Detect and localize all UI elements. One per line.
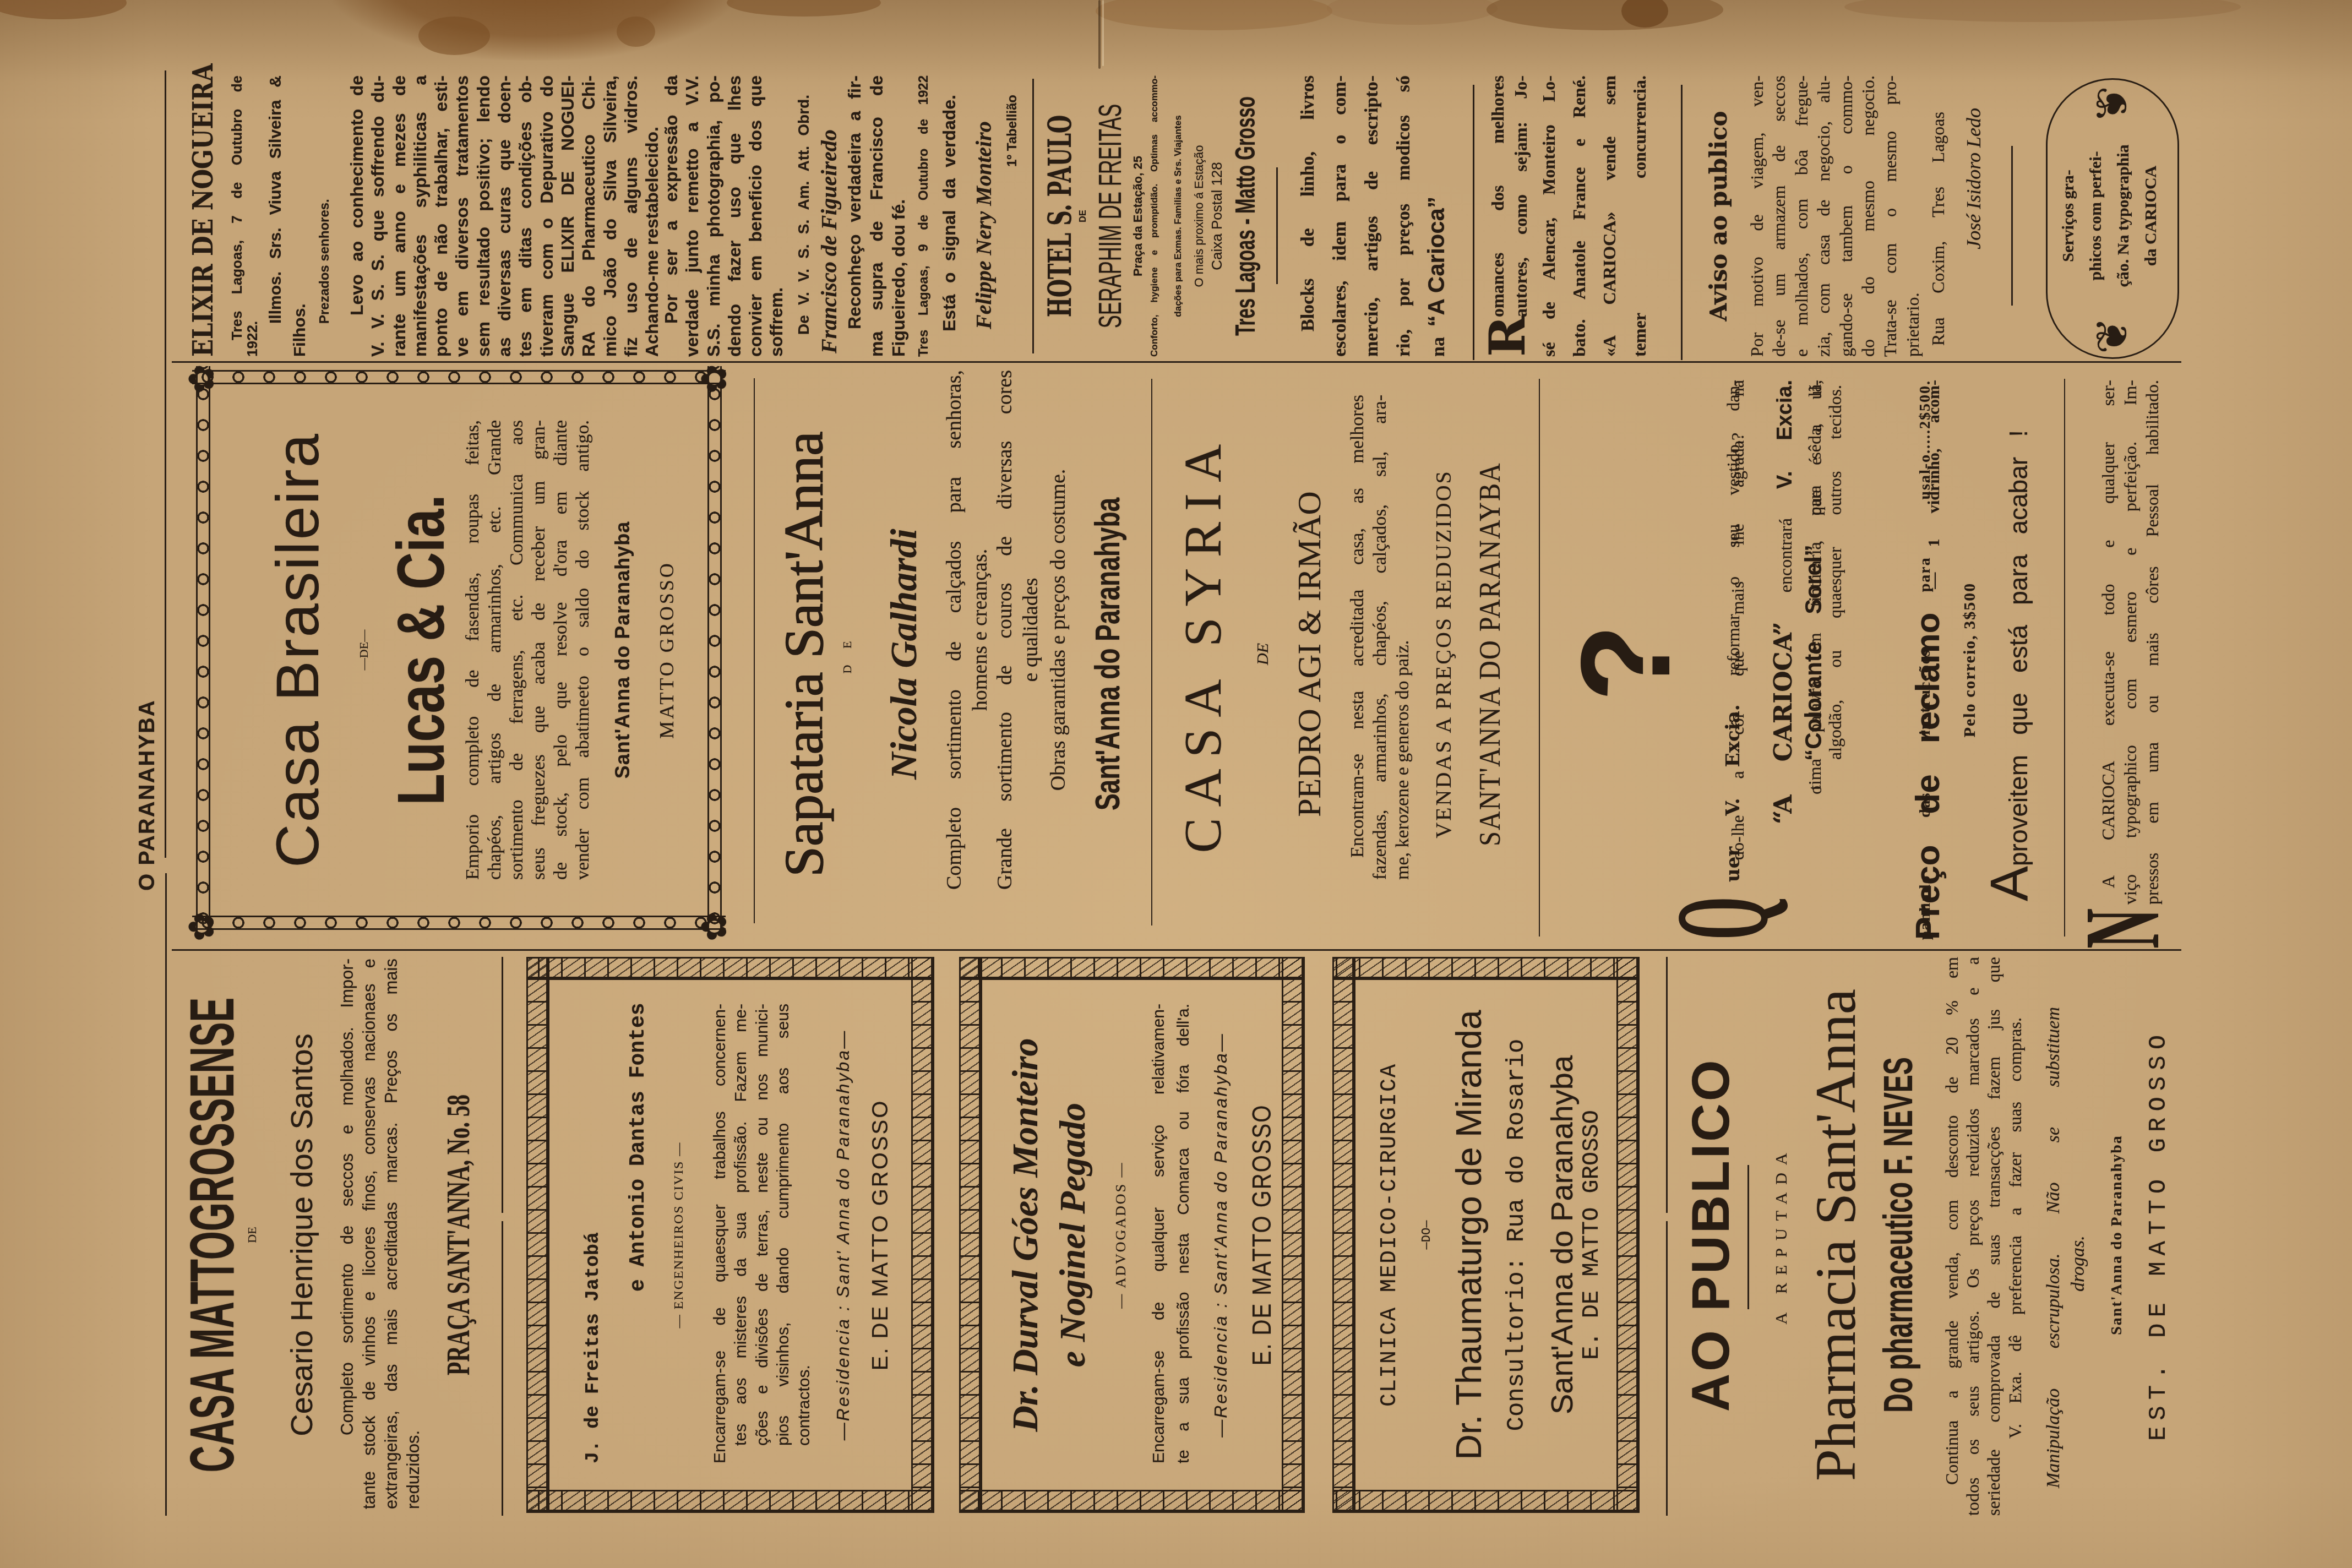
casa-syria-de: DE [1255,368,1271,940]
hatched-border [526,957,549,1513]
colorante-price-line: Preço de reclamo — 1 vidrinho, acom- [1877,380,1954,940]
casa-brasileira-name: Casa Brasileira [268,366,328,934]
casa-mattogrossense-body: Completo sortimento de seccos e molhados… [336,959,402,1509]
hotel-proximity: O mais proximo á Estação [1193,75,1205,357]
elixir-notary-seal: Está o signal da verdade. [939,95,959,331]
blocks-highlight: “A Carioca” [1423,197,1449,327]
casa-brasileira-state: MATTO GROSSO [657,366,677,934]
call-rest: proveitem que está para acabar ! [2004,430,2033,866]
hatched-border [911,957,934,1513]
casa-mattogrossense-owner: Cesario Henrique dos Santos [286,957,317,1513]
elixir-letter-paragraph-last: soffrem. [766,287,787,357]
section-rule [1151,379,1152,925]
romances-drop-cap: R [1483,315,1532,357]
romances-lines: sé de Alencar, Monteiro Lo- bato. Anatol… [1534,75,1655,357]
sapataria-de: D E [841,368,853,940]
elixir-signature: Francisco de Figueiredo [818,129,840,353]
lawyer-state: E. DE MATTO GROSSO [1249,957,1275,1513]
elixir-title: ELIXIR DE NOGUEIRA [187,75,219,357]
section-rule [1539,379,1540,937]
short-rule [1747,1165,1749,1309]
page-top-rule [165,873,167,1516]
elixir-closing: De V. V. S. S. Am. Att. Obrd. [794,95,813,335]
hotel-owner: SERAPHIM DE FREITAS [1095,75,1126,357]
clinica-doctor: Dr. Thaumaturgo de Miranda [1451,957,1487,1513]
section-rule [1681,85,1683,360]
section-rule [1032,79,1034,353]
pharmacia-owner: Do pharmaceutico F. NEVES [1879,957,1920,1513]
running-head: O PARANAHYBA [136,704,158,891]
elixir-dateline-year: 1922. [244,321,260,357]
elixir-notary-name: Felippe Nery Monteiro [973,121,995,329]
pharmacia-kicker: A REPUTADA [1773,957,1790,1513]
casa-syria-body: Encontram-se nesta acreditada casa, as m… [1346,395,1391,880]
hotel-location: Tres Lagoas - Matto Grosso [1232,75,1260,357]
casa-brasileira-de: —DE— [357,366,371,934]
section-rule [754,378,755,923]
clinica-do: —DO— [1421,957,1433,1513]
engineer-name: J. de Freitas Jatobá [582,1232,603,1463]
corner-flower-icon: ✿ [184,912,220,941]
colorante-call-to-action: Aproveitem que está para acabar ! [1982,430,2046,901]
pharmacia-name: Pharmacia Sant'Anna [1809,957,1864,1513]
corner-flower-icon: ✿ [697,364,732,394]
elixir-letter-paragraph: Levo ao conhecimento de V. V. S. S. que … [346,75,641,357]
section-rule [1666,957,1668,1213]
typographia-drop-cap: N [2078,908,2166,949]
aviso-signature: José Isidoro Ledo [1963,108,1985,357]
engineer-state: E. DE MATTO GROSSO [869,957,891,1513]
casa-brasileira-owner: Lucas & Cia. [388,366,454,934]
engineer-residence: —Residencia : Sant' Anna do Paranahyba— [834,957,852,1513]
pharmacia-body: Continua a grande venda, com desconto de… [1941,957,2004,1516]
engineer-profession: — ENGENHEIROS CIVIS — [672,957,685,1513]
elixir-dateline: Tres Lagoas, 7 de Outubro de [229,75,244,357]
blocks-body: Blocks de linho, livros escolares, idem … [1292,75,1420,357]
hotel-name: HOTEL S. PAULO [1043,75,1076,357]
section-rule [1473,85,1474,360]
engineer-body-last: contractos. [794,1365,815,1446]
colorante-line: algodão, ou quaesquer outros tecidos. [1826,385,1844,760]
page-top-rule [165,70,166,858]
hotel-address: Praça da Estação, 25 [1132,75,1144,357]
sapataria-town: Sant'Anna do Paranahyba [1090,368,1124,940]
elixir-salutation: Illmos. Srs. Viuva Silveira & [266,75,285,357]
sapataria-line: Grande sortimento de couros de diversas … [992,370,1018,890]
lawyer-profession: — ADVOGADOS — [1114,957,1128,1513]
aviso-body: Por motivo de viagem, ven- de-se um arma… [1746,75,1902,357]
aviso-address: Rua Coxim, Tres Lagoas [1927,112,1949,346]
hatched-border [1616,957,1640,1513]
elixir-greeting: Prezados senhores. [317,199,333,324]
pharmacia-state: EST. DE MATTO GROSSO [2147,957,2171,1513]
lawyer-name: Dr. Durval Góes Monteiro [1008,957,1044,1513]
blocks-last-prefix: na [1428,337,1449,357]
casa-brasileira-town: Sant'Anna do Paranahyba [613,366,633,934]
clinica-town: Sant'Anna do Paranahyba [1547,957,1577,1513]
sapataria-owner: Nicola Galhardi [884,368,923,940]
colorante-price-line2: panhado das instrucções para usal-o.....… [1917,380,1934,940]
scanned-newspaper-page: O PARANAHYBA ELIXIR DE NOGUEIRA Tres Lag… [0,0,2352,1568]
ornamental-border [704,366,726,934]
romances-lines-beside-cap: omances dos melhores autores, como sejam… [1486,75,1532,317]
colorante-line: do-lhe a côr que mais lhe agrada? na [1728,380,1747,860]
typographia-body: A CARIOCA executa-se todo e qualquer ser… [2097,380,2163,905]
pharmacia-note-last: drogas. [2068,1235,2088,1292]
colorante-mail-price: Pelo correio, 3$500 [1962,380,1978,940]
casa-mattogrossense-de: DE [246,957,258,1513]
casa-mattogrossense-name: CASA MATTOGROSSENSE [181,957,244,1513]
lawyer-body: Encarregam-se de qualquer serviço relati… [1146,1004,1196,1463]
ornament-icon: ❦ [2088,317,2137,354]
clinica-office: Consultorio: Rua do Rosario [1505,957,1529,1513]
engineer-body: Encarregam-se de quaesquer trabalhos con… [710,1004,794,1463]
elixir-notary-text-last: Figueiredo, dou fé. [888,199,910,357]
casa-syria-owner: PEDRO AGI & IRMÃO [1293,368,1326,940]
elixir-notary-title: 1º Tabellião [1005,95,1020,357]
casa-mattogrossense-body-last: reduzidos. [402,1430,424,1509]
newspaper-page-rotated: O PARANAHYBA ELIXIR DE NOGUEIRA Tres Lag… [0,0,2352,1568]
lawyer-residence: —Residencia : Sant'Anna do Paranahyba— [1211,957,1230,1513]
hotel-amenities-last: dações para Exmas. Familias e Srs. Viaja… [1173,75,1183,357]
pharmacia-headline: AO PUBLICO [1685,957,1738,1513]
sapataria-line: homens e creanças. [967,370,993,890]
elixir-letter-paragraph-last: Achando-me restabelecido. [641,127,662,357]
hotel-amenities: Conforto, hygiene e promptidão. Optimas … [1150,75,1159,357]
short-rule [2011,146,2013,306]
section-rule [1666,1221,1668,1516]
hotel-postal-box: Caixa Postal 128 [1210,75,1224,357]
section-rule [502,1221,503,1516]
colorante-drop-cap: Q [1667,897,1777,940]
sapataria-line: Completo sortimento de calçados para sen… [941,370,967,890]
sapataria-line: Obras garantidas e preços do costume. [1046,370,1071,890]
colorante-line: tima palavra em tinturaria para sêda, lã… [1805,380,1824,790]
hatched-border [959,957,982,1513]
elixir-notary-date: Tres Lagoas, 9 de Outubro de 1922 [916,75,932,357]
casa-brasileira-body: Emporio completo de fasendas, roupas fei… [462,420,594,880]
hatched-border [1282,957,1305,1513]
casa-syria-name: CASA SYRIA [1177,357,1229,940]
corner-flower-icon: ✿ [697,912,732,941]
section-rule [502,957,503,1213]
aviso-title: Aviso ao publico [1707,75,1731,357]
servicos-text: Serviços gra- phicos com perfei- ção. Na… [2055,128,2165,304]
ornamental-border [192,366,214,934]
ornament-icon: ❦ [2088,86,2137,123]
casa-mattogrossense-address: PRAÇA SANT'ANNA, No. 58 [442,957,475,1513]
casa-syria-slogan: VENDAS A PREÇOS REDUZIDOS [1433,368,1455,940]
engineer-name: e Antonio Dantas Fontes [628,1003,650,1292]
clinica-state: E. DE MATTO GROSSO [1580,957,1603,1513]
pharmacia-body-last: V. Exa. dê preferencia a fazer suas comp… [2005,1017,2026,1439]
call-drop-cap: A [1980,866,2039,901]
casa-syria-body-last: me, kerozene e generos do paiz. [1391,640,1414,880]
clinica-title: CLINICA MEDICO-CIRURGICA [1379,957,1401,1513]
sapataria-name: Sapataria Sant'Anna [776,368,831,940]
question-mark-symbol: ? [1562,608,1689,718]
section-rule [2064,379,2065,937]
casa-syria-town: SANT'ANNA DO PARANAYBA [1475,368,1505,940]
pharmacia-town: Sant'Anna do Paranahyba [2109,957,2125,1513]
sapataria-line: e qualidades [1018,370,1044,890]
column-rule [172,949,2181,951]
lawyer-name: e Noginel Pegado [1055,957,1091,1513]
short-rule [1276,167,1278,284]
corner-flower-icon: ✿ [184,364,220,394]
elixir-notary-text: Reconheço verdadeira a fir- ma supra de … [843,75,888,357]
aviso-body-last: prietario. [1902,293,1924,357]
blocks-last-line: na “A Carioca” [1420,197,1455,357]
elixir-salutation-last: Filhos. [291,303,309,357]
pharmacia-note: Manipulação escrupulosa. Não se substitu… [2044,1007,2064,1488]
hotel-de: DE [1079,75,1088,357]
elixir-letter-paragraph: Por ser a expressão da verdade junto rem… [661,75,766,357]
hatched-border [1332,957,1355,1513]
